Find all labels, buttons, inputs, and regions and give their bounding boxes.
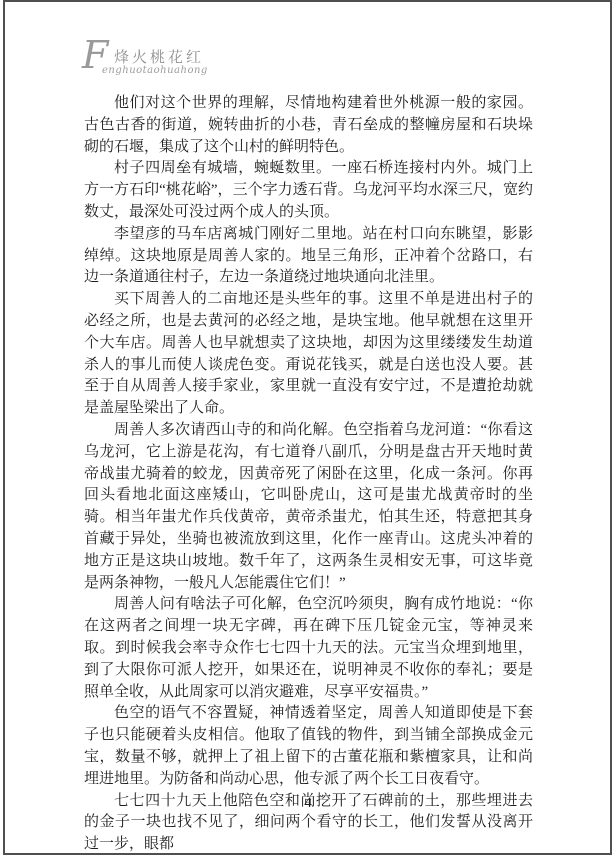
paragraph: 周善人问有啥法子可化解，色空沉吟须臾，胸有成竹地说：“你在这两者之间埋一块无字碑… [84, 594, 533, 703]
book-page: F 烽火桃花红 enghuotaohuahong 他们对这个世界的理解，尽情地构… [0, 0, 616, 859]
page-body-text: 他们对这个世界的理解，尽情地构建着世外桃源一般的家园。古色古香的街道，婉转曲折的… [84, 93, 533, 856]
paragraph: 村子四周垒有城墙，蜿蜒数里。一座石桥连接村内外。城门上方一方石印“桃花峪”，三个… [84, 158, 533, 223]
paragraph: 他们对这个世界的理解，尽情地构建着世外桃源一般的家园。古色古香的街道，婉转曲折的… [84, 93, 533, 158]
paragraph: 周善人多次请西山寺的和尚化解。色空指着乌龙河道：“你看这乌龙河，它上游是花沟，有… [84, 420, 533, 594]
logo-title-chinese: 烽火桃花红 [114, 46, 204, 67]
logo-pinyin-script: enghuotaohuahong [102, 65, 208, 76]
page-number: 4 [0, 795, 616, 812]
paragraph: 色空的语气不容置疑，神情透着坚定，周善人知道即使是下套子也只能硬着头皮相信。他取… [84, 703, 533, 790]
paragraph: 李望彦的马车店离城门刚好二里地。站在村口向东眺望，影影绰绰。这块地原是周善人家的… [84, 224, 533, 289]
paragraph: 买下周善人的二亩地还是头些年的事。这里不单是进出村子的必经之所，也是去黄河的必经… [84, 289, 533, 420]
